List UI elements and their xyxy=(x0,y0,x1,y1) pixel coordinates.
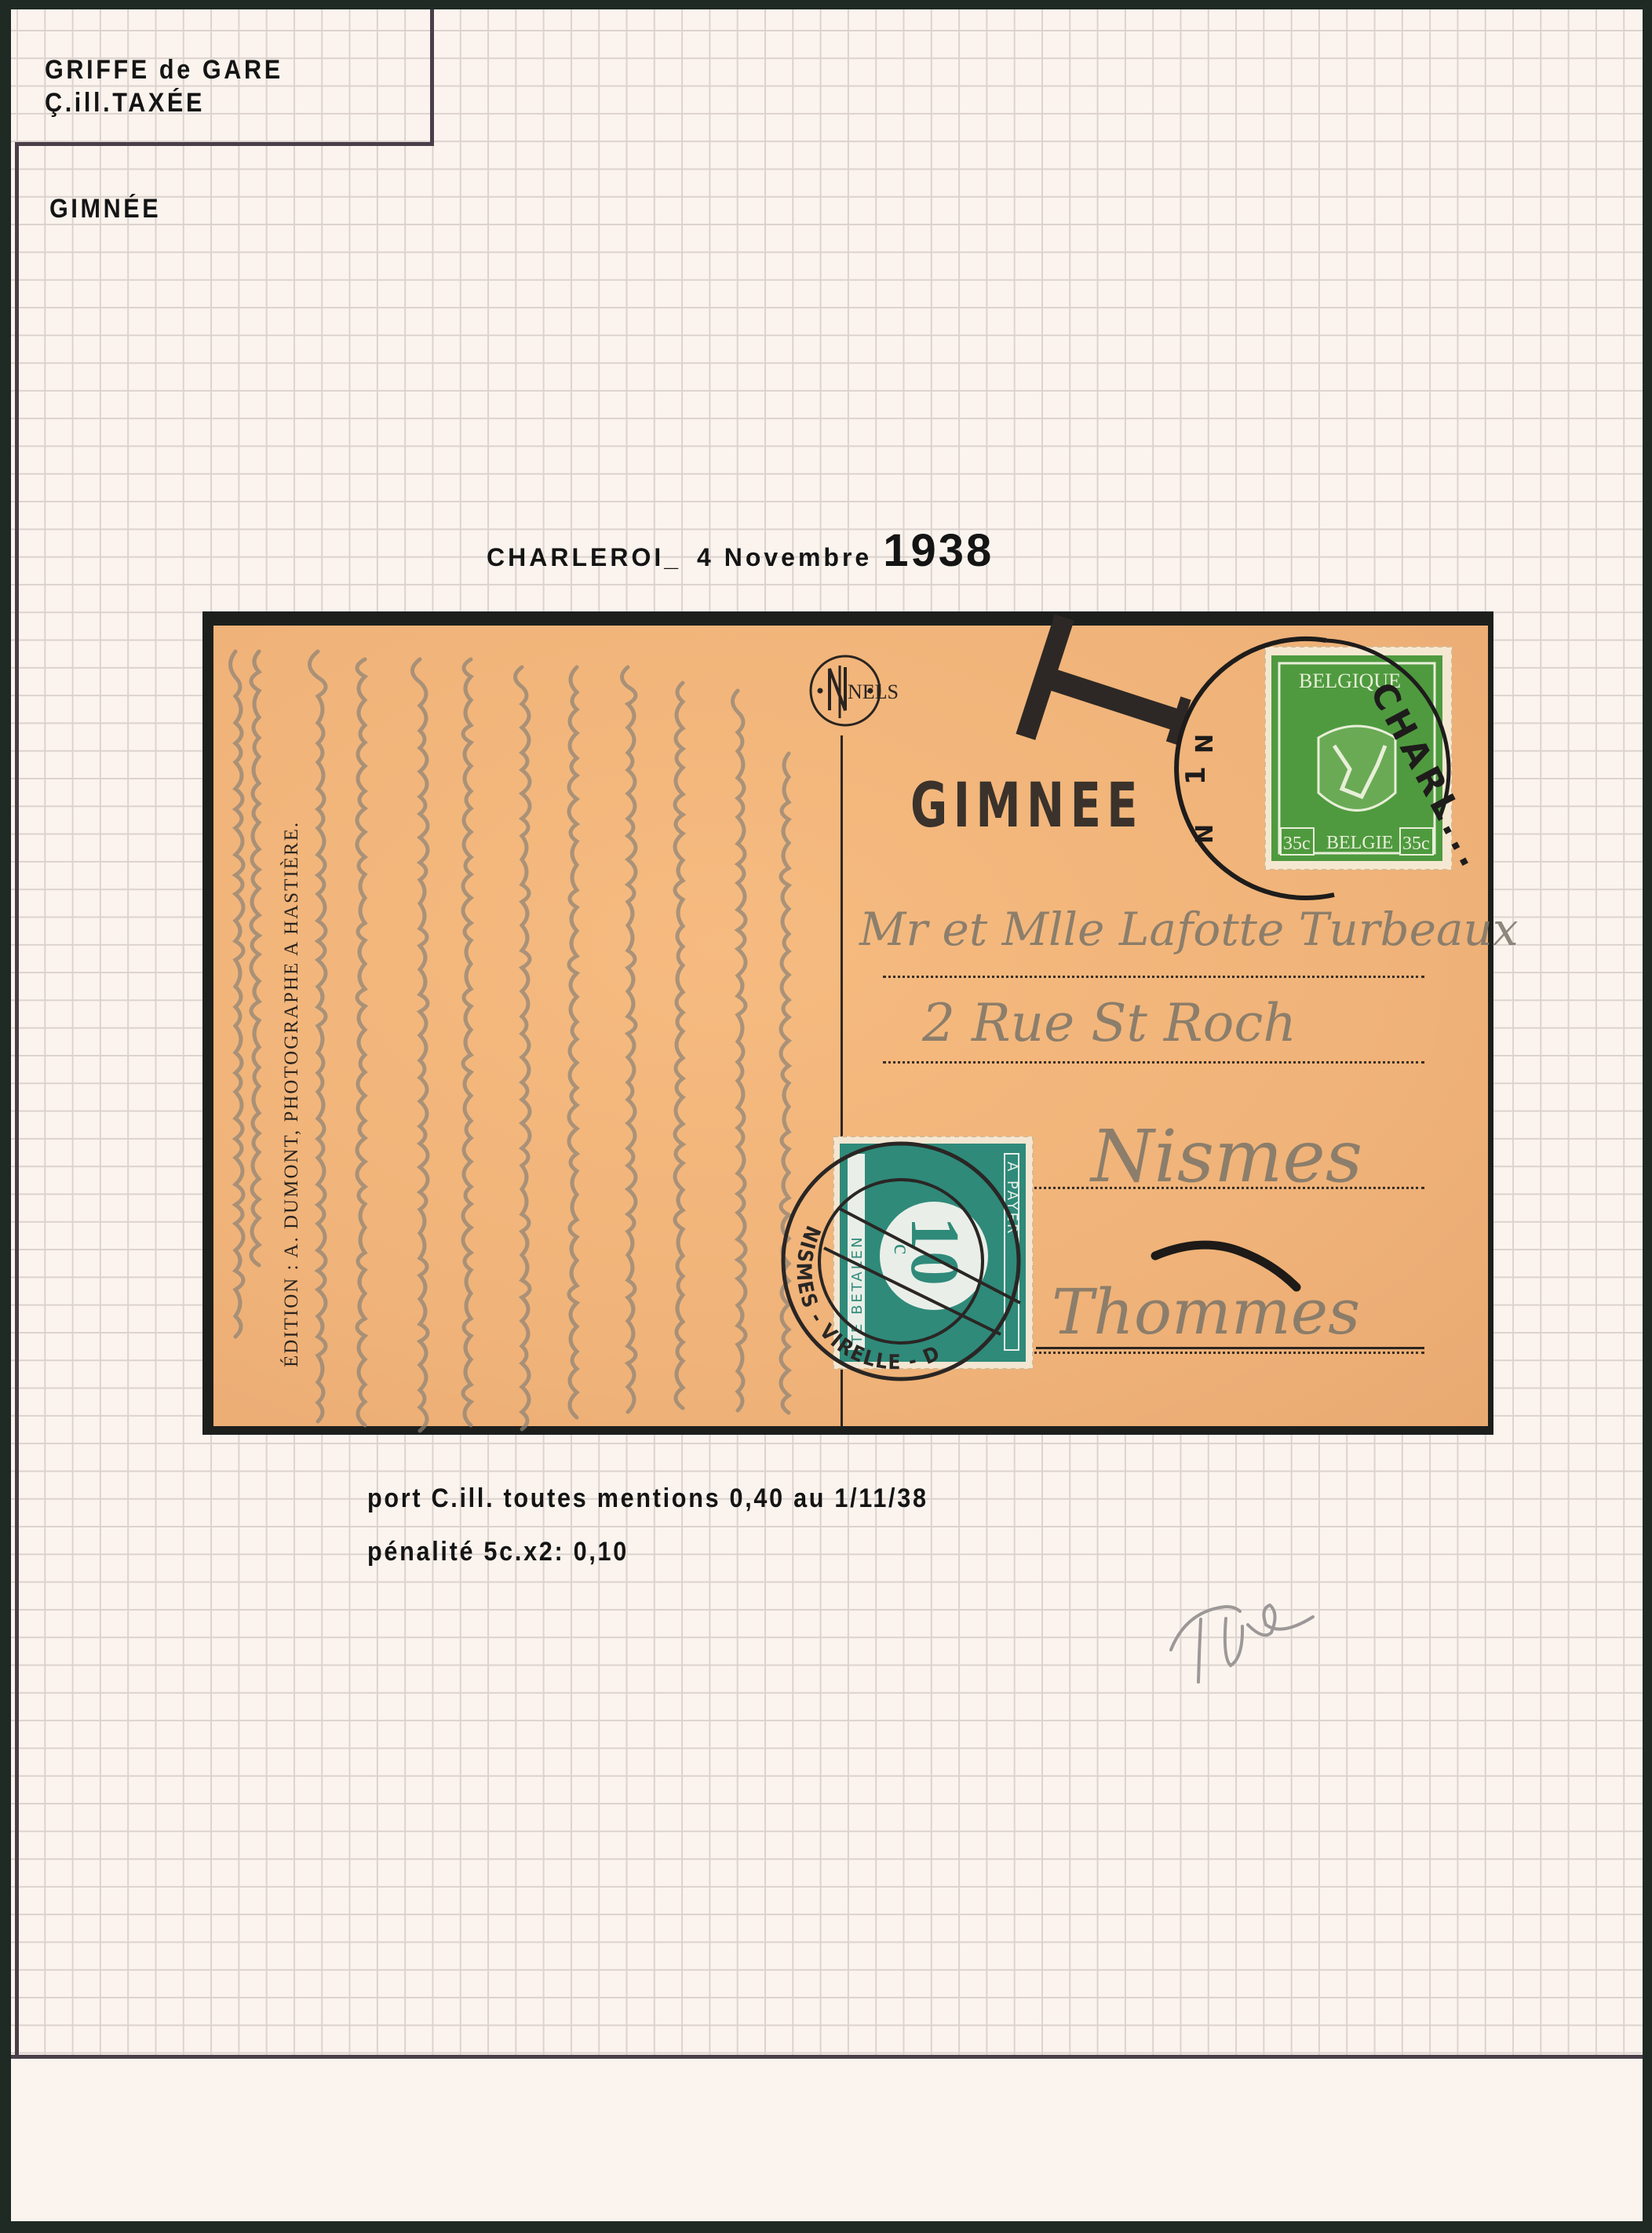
message-handwriting-column xyxy=(733,691,746,1410)
penalty-note: pénalité 5c.x2: 0,10 xyxy=(367,1537,629,1567)
svg-text:1: 1 xyxy=(1180,766,1212,785)
message-handwriting-column xyxy=(622,667,636,1412)
message-handwriting-column xyxy=(675,683,683,1408)
stamp-value-left: 35c xyxy=(1283,834,1311,854)
message-handwriting-column xyxy=(251,651,259,1265)
message-handwriting-column xyxy=(569,667,577,1418)
message-handwriting-column xyxy=(781,753,789,1413)
message-handwriting-column xyxy=(310,651,326,1421)
stamp-value-right: 35c xyxy=(1402,834,1430,854)
message-handwriting-column xyxy=(463,659,471,1425)
pen-stroke xyxy=(1155,1245,1296,1287)
nismes-cancel-text: NISMES - VIRELLE - DE L'ENTRE - SAMBRE xyxy=(0,0,944,1374)
publisher-logo-text: NELS xyxy=(848,680,899,703)
svg-text:N: N xyxy=(1191,824,1219,844)
message-handwriting-column xyxy=(357,659,365,1425)
message-columns xyxy=(231,651,790,1431)
postage-note: port C.ill. toutes mentions 0,40 au 1/11… xyxy=(367,1483,928,1514)
message-handwriting-column xyxy=(231,651,244,1337)
message-handwriting-column xyxy=(413,659,428,1431)
message-handwriting-column xyxy=(516,667,531,1429)
stamp-country-bottom: BELGIE xyxy=(1326,833,1393,853)
svg-text:N: N xyxy=(1191,734,1219,753)
postcard-markings: NELS BELGIQUE BELGIE 35c 35c CHARL... N … xyxy=(0,0,1652,2233)
pencil-note-taxe xyxy=(1171,1605,1313,1682)
